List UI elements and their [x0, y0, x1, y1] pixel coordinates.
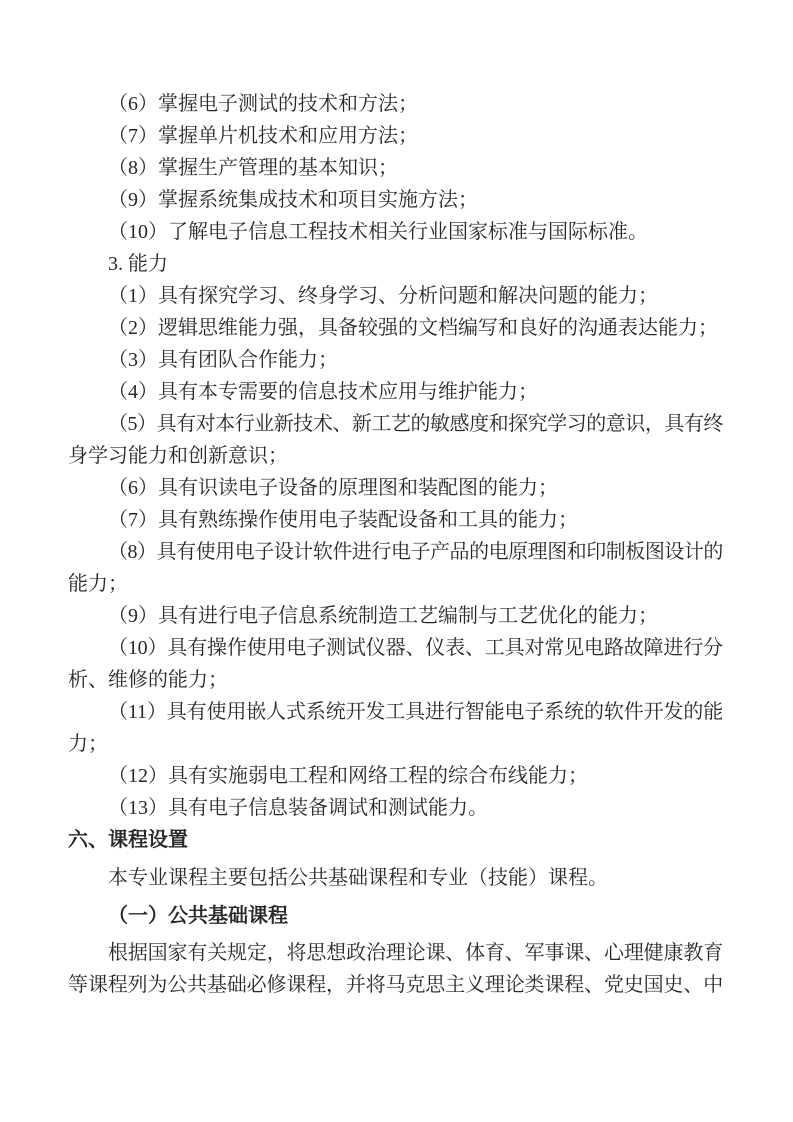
text-line-content: （7）具有熟练操作使用电子装配设备和工具的能力； [108, 504, 578, 536]
text-line-content: 等课程列为公共基础必修课程，并将马克思主义理论类课程、党史国史、中 [68, 969, 723, 1001]
text-line: 本专业课程主要包括公共基础课程和专业（技能）课程。 [68, 862, 723, 894]
text-line: （10）了解电子信息工程技术相关行业国家标准与国际标准。 [68, 216, 723, 248]
text-line-content: （6）具有识读电子设备的原理图和装配图的能力； [108, 472, 558, 504]
text-line-content: 能力； [68, 568, 128, 600]
text-line: （3）具有团队合作能力； [68, 344, 723, 376]
text-line: （5）具有对本行业新技术、新工艺的敏感度和探究学习的意识，具有终 [68, 408, 723, 440]
document-page: （6）掌握电子测试的技术和方法；（7）掌握单片机技术和应用方法；（8）掌握生产管… [0, 0, 793, 1122]
text-line-content: （11）具有使用嵌人式系统开发工具进行智能电子系统的软件开发的能 [108, 696, 723, 728]
text-line-content: （12）具有实施弱电工程和网络工程的综合布线能力； [108, 760, 588, 792]
text-line-content: （1）具有探究学习、终身学习、分析问题和解决问题的能力； [108, 280, 658, 312]
subsection-heading-line: （一）公共基础课程 [68, 900, 723, 932]
text-line-content: （5）具有对本行业新技术、新工艺的敏感度和探究学习的意识，具有终 [108, 408, 723, 440]
text-line: 3. 能力 [68, 248, 723, 280]
text-line: （13）具有电子信息装备调试和测试能力。 [68, 792, 723, 824]
text-line-content: （8）具有使用电子设计软件进行电子产品的电原理图和印制板图设计的 [108, 536, 723, 568]
text-line: （6）具有识读电子设备的原理图和装配图的能力； [68, 472, 723, 504]
text-line-content: （8）掌握生产管理的基本知识； [108, 152, 398, 184]
text-line-content: （9）掌握系统集成技术和项目实施方法； [108, 184, 478, 216]
text-line-content: （10）具有操作使用电子测试仪器、仪表、工具对常见电路故障进行分 [108, 632, 723, 664]
text-line-content: 力； [68, 728, 108, 760]
text-line: （2）逻辑思维能力强，具备较强的文档编写和良好的沟通表达能力； [68, 312, 723, 344]
text-line-content: 析、维修的能力； [68, 664, 228, 696]
text-line: 能力； [68, 568, 723, 600]
text-line-content: （9）具有进行电子信息系统制造工艺编制与工艺优化的能力； [108, 600, 658, 632]
text-line-content: 身学习能力和创新意识； [68, 440, 288, 472]
text-line: （12）具有实施弱电工程和网络工程的综合布线能力； [68, 760, 723, 792]
text-line: 力； [68, 728, 723, 760]
text-line-content: （2）逻辑思维能力强，具备较强的文档编写和良好的沟通表达能力； [108, 312, 718, 344]
section-heading-line: 六、课程设置 [68, 824, 723, 856]
text-line: （7）掌握单片机技术和应用方法； [68, 120, 723, 152]
text-line: 等课程列为公共基础必修课程，并将马克思主义理论类课程、党史国史、中 [68, 969, 723, 1001]
text-line: （8）掌握生产管理的基本知识； [68, 152, 723, 184]
text-line: （4）具有本专需要的信息技术应用与维护能力； [68, 376, 723, 408]
text-line: （8）具有使用电子设计软件进行电子产品的电原理图和印制板图设计的 [68, 536, 723, 568]
text-line-content: （13）具有电子信息装备调试和测试能力。 [108, 792, 488, 824]
text-line-content: （6）掌握电子测试的技术和方法； [108, 88, 418, 120]
text-line: （7）具有熟练操作使用电子装配设备和工具的能力； [68, 504, 723, 536]
text-line-content: （一）公共基础课程 [108, 900, 288, 932]
text-line-content: 根据国家有关规定，将思想政治理论课、体育、军事课、心理健康教育 [108, 937, 723, 969]
text-line: 根据国家有关规定，将思想政治理论课、体育、军事课、心理健康教育 [68, 937, 723, 969]
text-line: 析、维修的能力； [68, 664, 723, 696]
text-line-content: （7）掌握单片机技术和应用方法； [108, 120, 418, 152]
document-body: （6）掌握电子测试的技术和方法；（7）掌握单片机技术和应用方法；（8）掌握生产管… [68, 88, 723, 1001]
text-line-content: （10）了解电子信息工程技术相关行业国家标准与国际标准。 [108, 216, 648, 248]
text-line: （9）掌握系统集成技术和项目实施方法； [68, 184, 723, 216]
text-line: （1）具有探究学习、终身学习、分析问题和解决问题的能力； [68, 280, 723, 312]
text-line: （11）具有使用嵌人式系统开发工具进行智能电子系统的软件开发的能 [68, 696, 723, 728]
text-line: （6）掌握电子测试的技术和方法； [68, 88, 723, 120]
text-line: （10）具有操作使用电子测试仪器、仪表、工具对常见电路故障进行分 [68, 632, 723, 664]
text-line-content: 六、课程设置 [68, 824, 188, 856]
text-line: 身学习能力和创新意识； [68, 440, 723, 472]
text-line-content: 3. 能力 [108, 248, 168, 280]
text-line-content: 本专业课程主要包括公共基础课程和专业（技能）课程。 [108, 862, 608, 894]
text-line-content: （3）具有团队合作能力； [108, 344, 338, 376]
text-line-content: （4）具有本专需要的信息技术应用与维护能力； [108, 376, 538, 408]
text-line: （9）具有进行电子信息系统制造工艺编制与工艺优化的能力； [68, 600, 723, 632]
